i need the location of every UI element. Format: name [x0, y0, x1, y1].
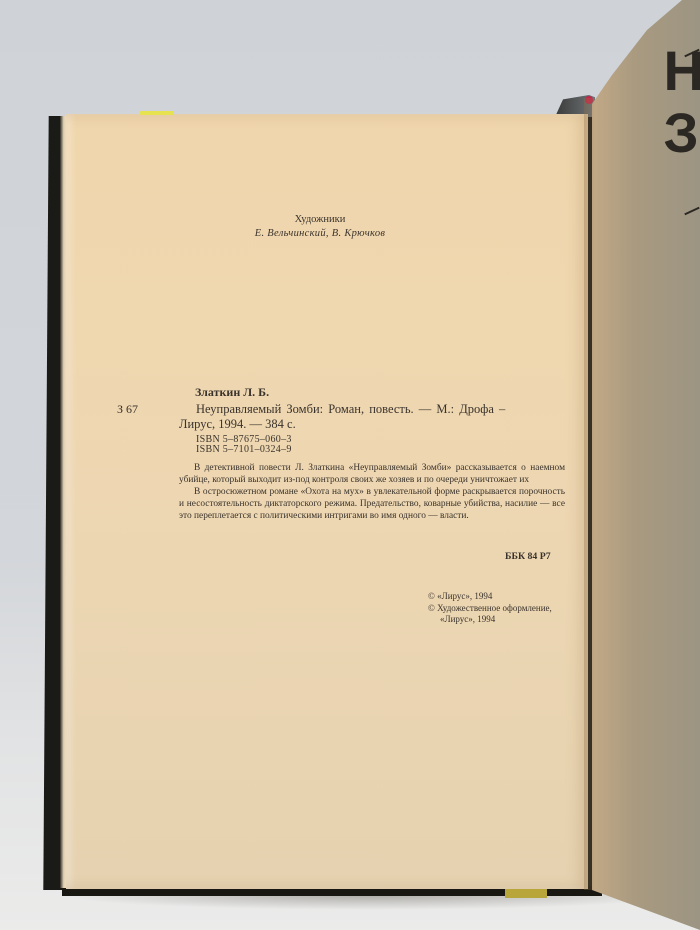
abstract: В детективной повести Л. Златкина «Неупр…: [179, 462, 565, 522]
catalog-title-line2: Лирус, 1994. — 384 с.: [179, 417, 296, 432]
abstract-paragraph-1: В детективной повести Л. Златкина «Неупр…: [179, 462, 565, 486]
catalog-title-line1: Неуправляемый Зомби: Роман, повесть. — М…: [196, 402, 505, 417]
copyright-line-2: © Художественное оформление,: [428, 603, 552, 613]
cover-title-fragment: НЗ: [664, 40, 700, 164]
copyright-line-1: © «Лирус», 1994: [428, 591, 492, 601]
isbn-2: ISBN 5–7101–0324–9: [196, 444, 292, 455]
artists-label: Художники: [170, 214, 470, 225]
page-gutter: [584, 98, 594, 890]
page-edge: [60, 116, 66, 888]
bookmark-ribbon-top: [140, 111, 174, 115]
facing-page: НЗ: [592, 0, 700, 930]
catalog-author: Златкин Л. Б.: [195, 385, 269, 400]
bbk-code: ББК 84 Р7: [505, 551, 551, 562]
cover-rule-bottom: [684, 207, 699, 216]
copyright-line-3: «Лирус», 1994: [440, 614, 495, 624]
abstract-paragraph-2: В остросюжетном романе «Охота на мух» в …: [179, 486, 565, 522]
catalog-code: З 67: [117, 402, 138, 417]
artists-names: Е. Вельчинский, В. Крючков: [170, 228, 470, 239]
